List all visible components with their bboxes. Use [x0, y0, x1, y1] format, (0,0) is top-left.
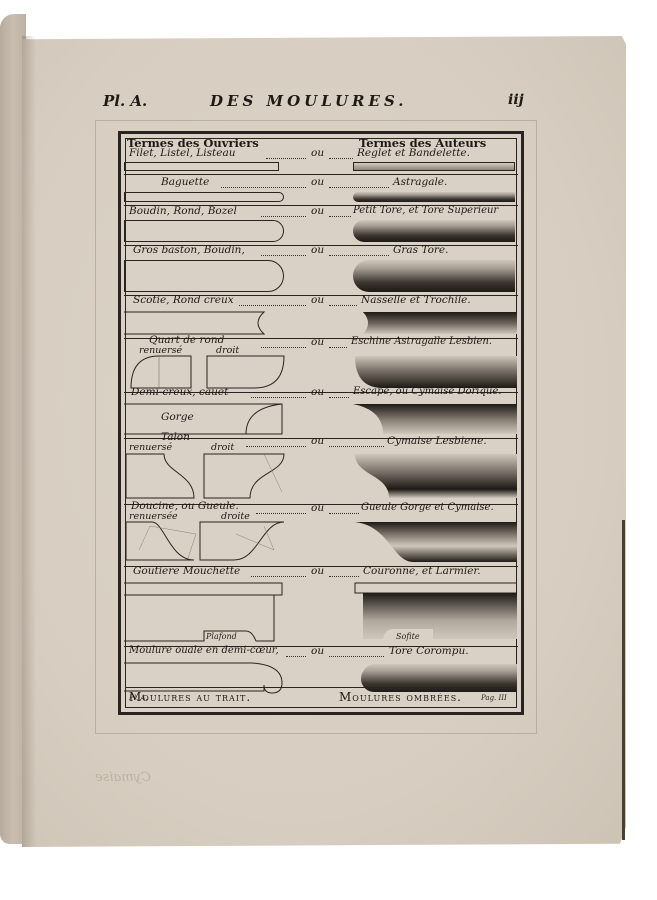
filet-outline [124, 162, 279, 171]
eschine-shaded [353, 354, 517, 390]
author-term: Escapé, ou Cymaise Dorique. [353, 386, 501, 397]
page-title: DES MOULURES. [210, 92, 407, 110]
leader-dots [329, 158, 353, 159]
leader-dots [329, 255, 389, 256]
escape-shaded [353, 402, 517, 436]
leader-dots [261, 216, 306, 217]
nasselle-shaded [353, 310, 517, 336]
ou-separator: ou [311, 565, 324, 577]
ou-separator: ou [311, 147, 324, 159]
cymaise-lesbiene-shaded [353, 452, 517, 502]
worker-term: Demi-creux, cauet [131, 386, 228, 398]
page-header: Pl. A. DES MOULURES. iij [0, 92, 657, 112]
leader-dots [239, 305, 306, 306]
leader-dots [261, 347, 306, 348]
author-term: Reglet et Bandelette. [357, 147, 470, 159]
author-term: Gras Tore. [393, 244, 448, 256]
author-term: Astragale. [393, 176, 447, 188]
leader-dots [329, 347, 347, 348]
worker-term: Baguette [161, 176, 209, 188]
leader-dots [221, 187, 306, 188]
author-term: Petit Tore, et Tore Superieur [353, 205, 498, 216]
reglet-shaded [353, 162, 515, 171]
ou-separator: ou [311, 294, 324, 306]
ou-separator: ou [311, 205, 324, 217]
leader-dots [246, 446, 306, 447]
worker-term: Moulure ouale en demi-cœur, [129, 645, 279, 656]
doucine-outlines [124, 520, 289, 564]
plate-number: Pl. A. [103, 92, 147, 110]
boudin-outline [124, 220, 284, 242]
leader-dots [329, 187, 389, 188]
footer-right-caption: Moulures ombrées. [339, 690, 462, 704]
leader-dots [251, 397, 306, 398]
sofite-label: Sofite [396, 632, 420, 641]
leader-dots [329, 656, 384, 657]
leader-dots [329, 305, 357, 306]
ou-separator: ou [311, 645, 324, 657]
footer-left-caption: Moulures au trait. [129, 690, 251, 704]
author-term: Nasselle et Trochile. [361, 294, 471, 306]
worker-term: Filet, Listel, Listeau [129, 147, 235, 159]
gutter-shadow [22, 36, 36, 847]
worker-term: Scotie, Rond creux [133, 294, 234, 306]
row-rule [124, 174, 518, 175]
worker-term: Gros baston, Boudin, [133, 244, 245, 256]
leader-dots [261, 255, 306, 256]
ou-separator: ou [311, 244, 324, 256]
baguette-outline [124, 192, 284, 202]
leader-dots [256, 513, 306, 514]
ou-separator: ou [311, 502, 324, 514]
gueule-shaded [353, 520, 517, 564]
scotie-outline [124, 310, 284, 336]
author-term: Gueule Gorge et Cymaise. [361, 502, 494, 513]
plafond-label: Plafond [206, 632, 237, 641]
leader-dots [329, 397, 349, 398]
worker-term: Boudin, Rond, Bozel [129, 205, 237, 217]
author-term: Eschine Astragalle Lesbien. [351, 336, 492, 347]
plate-footer: Moulures au trait. Moulures ombrées. [125, 687, 517, 708]
leader-dots [286, 656, 306, 657]
leader-dots [266, 158, 306, 159]
astragale-shaded [353, 192, 515, 202]
petit-tore-shaded [353, 220, 515, 242]
gros-baston-outline [124, 260, 284, 292]
talon-outlines [124, 452, 289, 502]
ou-separator: ou [311, 176, 324, 188]
leader-dots [329, 513, 359, 514]
quart-de-rond-outlines [129, 354, 289, 390]
ou-separator: ou [311, 386, 324, 398]
author-term: Tore Corompu. [389, 645, 469, 657]
ou-separator: ou [311, 435, 324, 447]
leader-dots [251, 576, 306, 577]
leader-dots [329, 446, 384, 447]
author-term: Couronne, et Larmier. [363, 565, 481, 577]
engraved-plate: Termes des Ouvriers Termes des Auteurs F… [118, 131, 524, 715]
author-term: Cymaise Lesbiene. [387, 435, 487, 447]
page-right-edge-shadow [622, 520, 625, 840]
page-number: iij [508, 92, 524, 108]
gras-tore-shaded [353, 260, 515, 292]
leader-dots [329, 216, 351, 217]
show-through-text: Cymaise [95, 770, 151, 785]
couronne-shaded [353, 581, 517, 645]
leader-dots [329, 576, 359, 577]
gorge-outline [124, 402, 286, 436]
ou-separator: ou [311, 336, 324, 348]
worker-term: Goutiere Mouchette [133, 565, 240, 577]
